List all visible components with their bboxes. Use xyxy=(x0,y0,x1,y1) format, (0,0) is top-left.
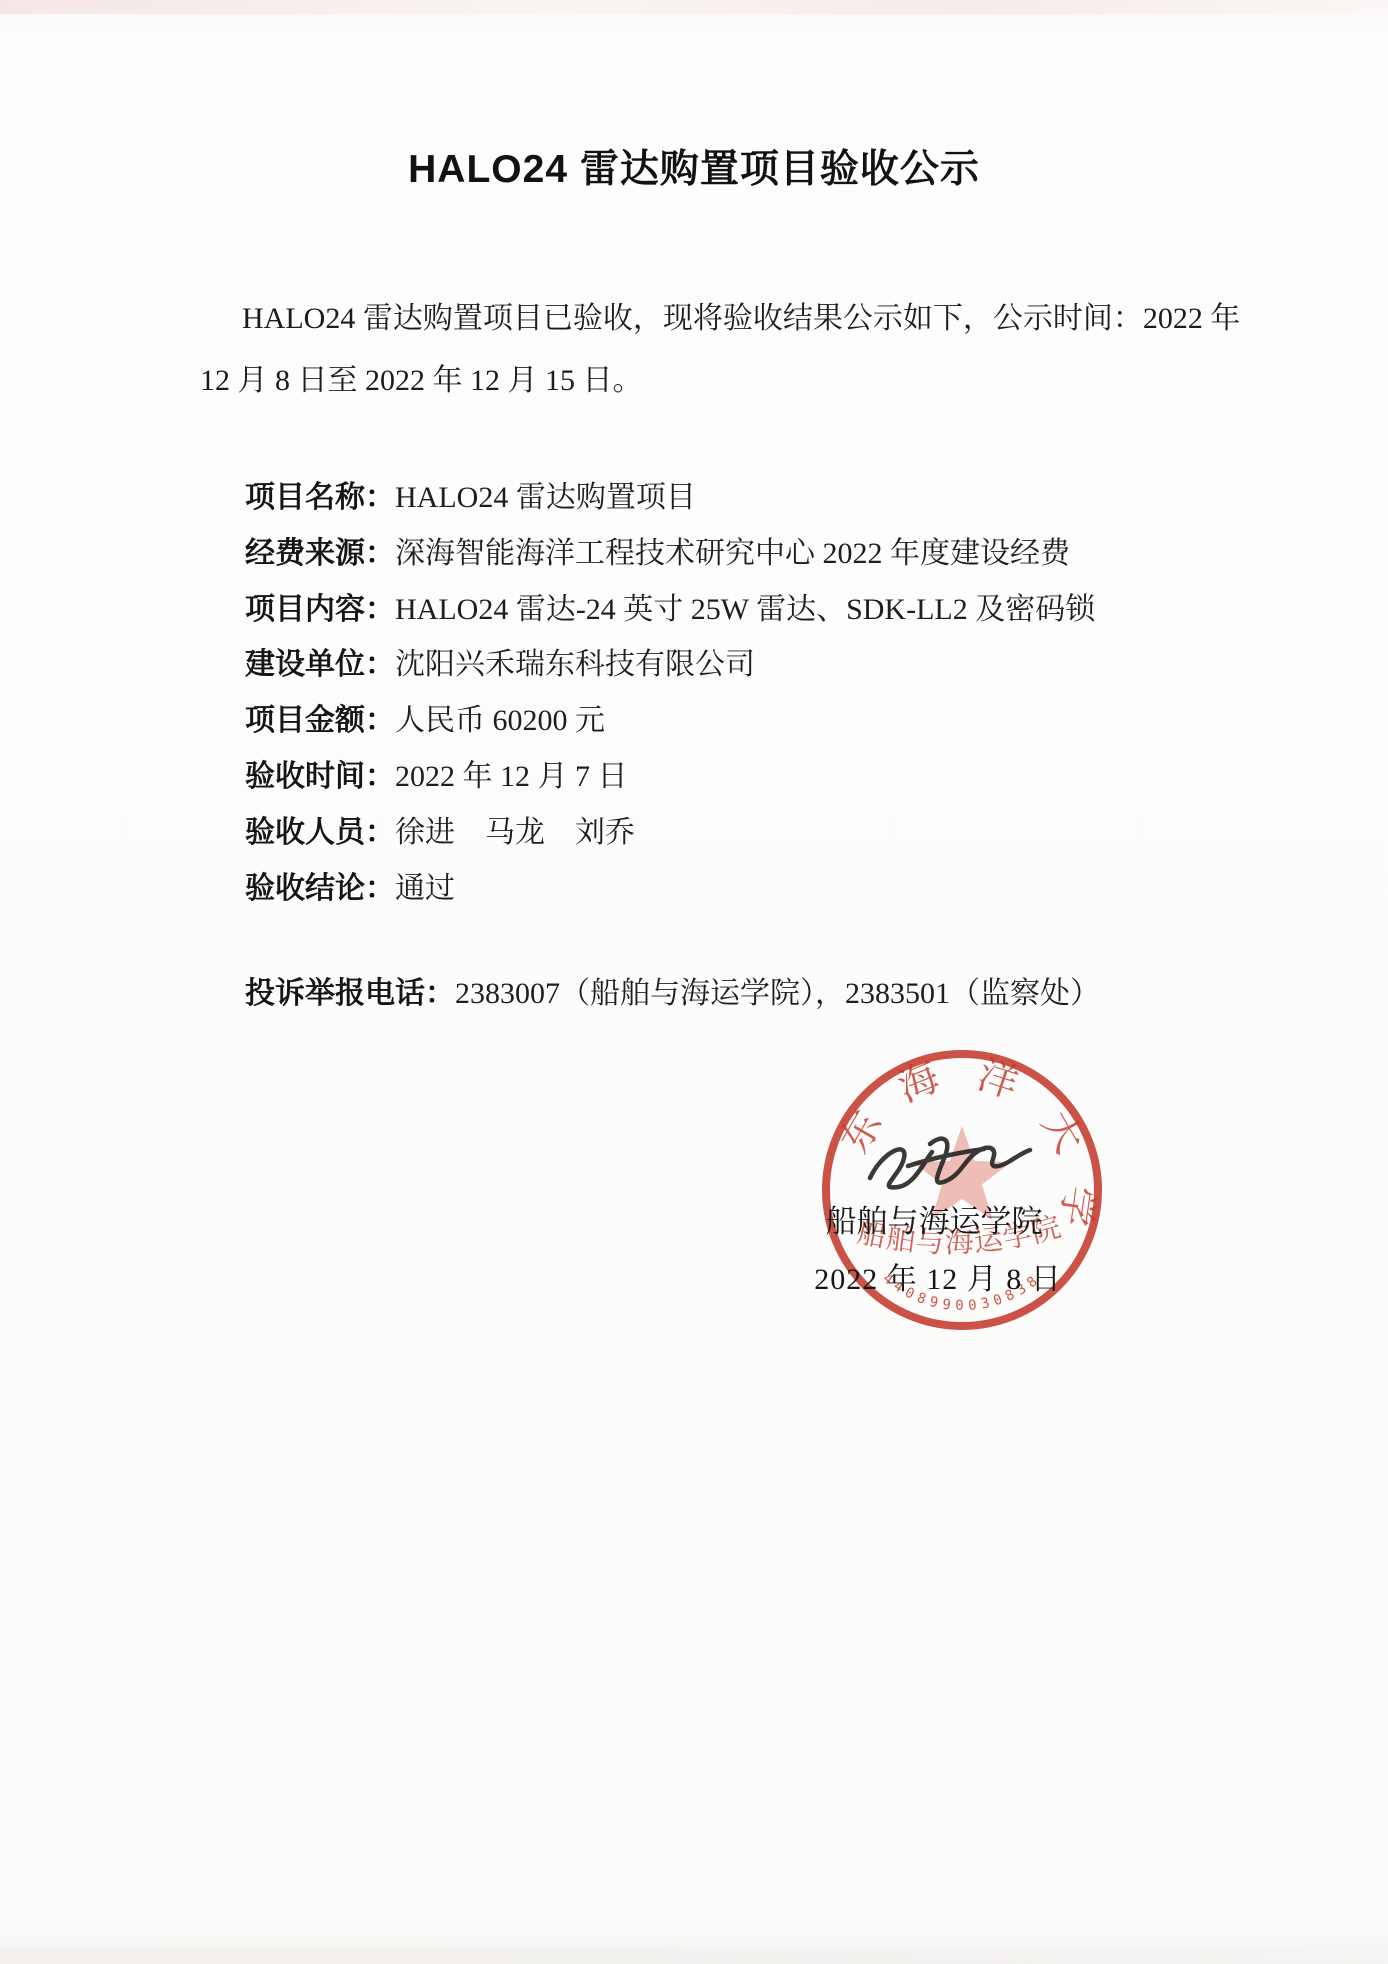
field-value: 徐进 马龙 刘乔 xyxy=(395,816,635,849)
scan-artifact-bottom xyxy=(0,1948,1388,1964)
page-title: HALO24 雷达购置项目验收公示 xyxy=(0,138,1388,194)
field-row-project-name: 项目名称：HALO24 雷达购置项目 xyxy=(245,470,1095,526)
signature-date: 2022 年 12 月 8 日 xyxy=(808,1254,1068,1298)
field-label: 项目金额： xyxy=(245,704,395,737)
scan-artifact-top xyxy=(0,0,1388,14)
intro-line-1: HALO24 雷达购置项目已验收，现将验收结果公示如下，公示时间：2022 年 xyxy=(200,288,1190,350)
field-label: 建设单位： xyxy=(245,648,395,681)
field-label: 验收时间： xyxy=(245,760,395,793)
field-label: 验收结论： xyxy=(245,872,395,905)
field-value: 2022 年 12 月 7 日 xyxy=(395,760,628,793)
seal-arc-char: 大 xyxy=(1033,1103,1092,1160)
field-row-project-amount: 项目金额：人民币 60200 元 xyxy=(245,693,1095,749)
field-label: 经费来源： xyxy=(245,537,395,570)
field-row-acceptance-date: 验收时间：2022 年 12 月 7 日 xyxy=(245,749,1095,805)
field-label: 项目内容： xyxy=(245,593,395,626)
seal-arc-char: 洋 xyxy=(972,1052,1024,1107)
field-row-construction-unit: 建设单位：沈阳兴禾瑞东科技有限公司 xyxy=(245,637,1095,693)
seal-arc-char: 东 xyxy=(832,1103,891,1160)
document-page: HALO24 雷达购置项目验收公示 HALO24 雷达购置项目已验收，现将验收结… xyxy=(0,0,1388,1964)
field-row-project-content: 项目内容：HALO24 雷达-24 英寸 25W 雷达、SDK-LL2 及密码锁 xyxy=(245,582,1095,638)
field-value: HALO24 雷达-24 英寸 25W 雷达、SDK-LL2 及密码锁 xyxy=(395,593,1095,626)
field-value: 人民币 60200 元 xyxy=(395,704,605,737)
field-row-funding-source: 经费来源：深海智能海洋工程技术研究中心 2022 年度建设经费 xyxy=(245,526,1095,582)
field-value: 通过 xyxy=(395,872,455,905)
field-value: 沈阳兴禾瑞东科技有限公司 xyxy=(395,648,755,681)
seal-arc-char: 海 xyxy=(891,1054,945,1111)
field-label: 验收人员： xyxy=(245,816,395,849)
field-row-acceptance-conclusion: 验收结论：通过 xyxy=(245,861,1095,917)
field-list: 项目名称：HALO24 雷达购置项目 经费来源：深海智能海洋工程技术研究中心 2… xyxy=(245,470,1095,916)
intro-paragraph: HALO24 雷达购置项目已验收，现将验收结果公示如下，公示时间：2022 年 … xyxy=(200,288,1190,412)
complaint-value: 2383007（船舶与海运学院），2383501（监察处） xyxy=(455,977,1100,1010)
complaint-label: 投诉举报电话： xyxy=(245,977,455,1010)
field-value: HALO24 雷达购置项目 xyxy=(395,481,696,514)
field-value: 深海智能海洋工程技术研究中心 2022 年度建设经费 xyxy=(395,537,1070,570)
intro-line-2: 12 月 8 日至 2022 年 12 月 15 日。 xyxy=(200,350,1190,412)
field-row-acceptance-personnel: 验收人员：徐进 马龙 刘乔 xyxy=(245,805,1095,861)
field-label: 项目名称： xyxy=(245,481,395,514)
signature-org: 船舶与海运学院 xyxy=(814,1196,1054,1241)
complaint-hotline-line: 投诉举报电话：2383007（船舶与海运学院），2383501（监察处） xyxy=(245,968,1100,1012)
